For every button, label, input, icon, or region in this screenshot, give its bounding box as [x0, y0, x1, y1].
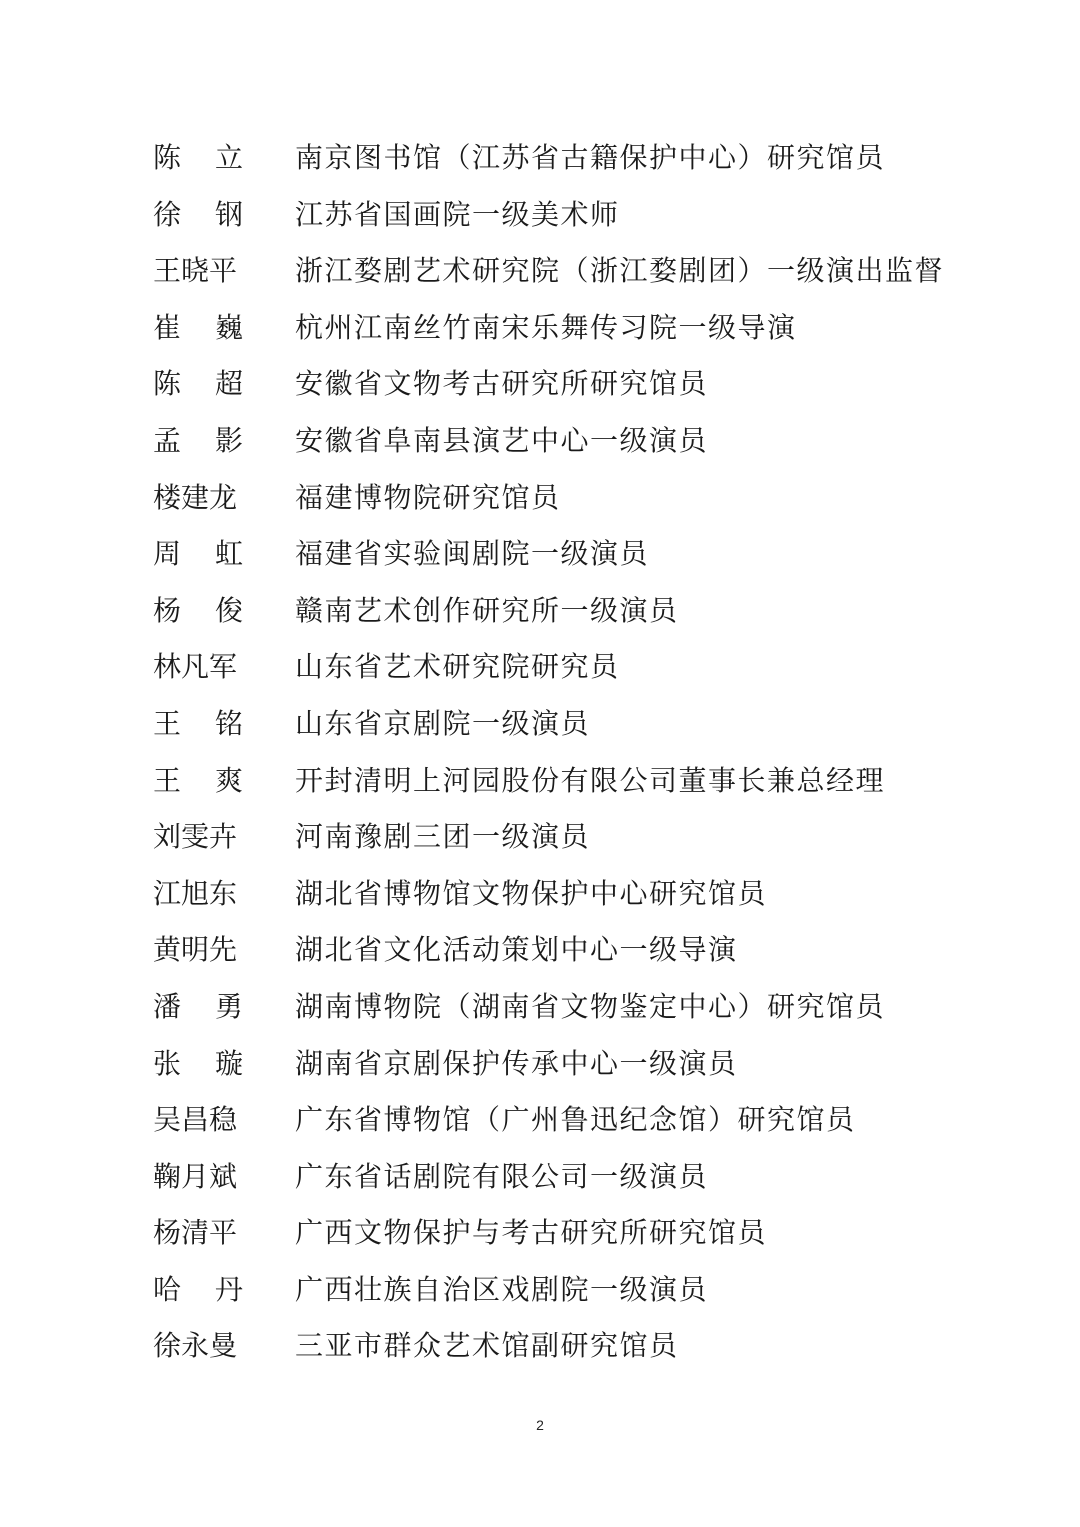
person-name: 王晓平 [153, 250, 243, 292]
list-item: 刘雯卉 河南豫剧三团一级演员 [153, 816, 1013, 873]
person-name: 徐永曼 [153, 1325, 243, 1367]
person-name: 杨俊 [153, 590, 243, 632]
name-char: 陈 [153, 363, 181, 405]
person-name: 王铭 [153, 703, 243, 745]
name-char: 杨 [153, 590, 181, 632]
name-char: 崔 [153, 307, 181, 349]
name-char: 王 [153, 703, 181, 745]
person-name: 周虹 [153, 533, 243, 575]
list-item: 江旭东 湖北省博物馆文物保护中心研究馆员 [153, 873, 1013, 930]
person-title: 开封清明上河园股份有限公司董事长兼总经理 [295, 760, 885, 802]
list-item: 潘勇 湖南博物院（湖南省文物鉴定中心）研究馆员 [153, 986, 1013, 1043]
list-item: 黄明先 湖北省文化活动策划中心一级导演 [153, 929, 1013, 986]
list-item: 王铭 山东省京剧院一级演员 [153, 703, 1013, 760]
name-char: 潘 [153, 986, 181, 1028]
list-item: 陈超 安徽省文物考古研究所研究馆员 [153, 363, 1013, 420]
person-title: 杭州江南丝竹南宋乐舞传习院一级导演 [295, 307, 797, 349]
name-char: 哈 [153, 1269, 181, 1311]
list-item: 杨俊 赣南艺术创作研究所一级演员 [153, 590, 1013, 647]
person-title: 赣南艺术创作研究所一级演员 [295, 590, 679, 632]
person-title: 河南豫剧三团一级演员 [295, 816, 590, 858]
person-name: 张璇 [153, 1043, 243, 1085]
person-title: 广东省博物馆（广州鲁迅纪念馆）研究馆员 [295, 1099, 856, 1141]
list-item: 林凡军 山东省艺术研究院研究员 [153, 646, 1013, 703]
person-name: 陈超 [153, 363, 243, 405]
document-page: 陈立 南京图书馆（江苏省古籍保护中心）研究馆员 徐钢 江苏省国画院一级美术师 王… [0, 0, 1080, 1527]
person-title: 安徽省阜南县演艺中心一级演员 [295, 420, 708, 462]
person-name: 黄明先 [153, 929, 243, 971]
person-title: 安徽省文物考古研究所研究馆员 [295, 363, 708, 405]
list-item: 哈丹 广西壮族自治区戏剧院一级演员 [153, 1269, 1013, 1326]
person-title: 江苏省国画院一级美术师 [295, 194, 620, 236]
person-title: 山东省京剧院一级演员 [295, 703, 590, 745]
person-name: 徐钢 [153, 194, 243, 236]
list-item: 王爽 开封清明上河园股份有限公司董事长兼总经理 [153, 760, 1013, 817]
person-name: 鞠月斌 [153, 1156, 243, 1198]
list-item: 王晓平 浙江婺剧艺术研究院（浙江婺剧团）一级演出监督 [153, 250, 1013, 307]
person-name: 刘雯卉 [153, 816, 243, 858]
person-title: 广西文物保护与考古研究所研究馆员 [295, 1212, 767, 1254]
name-char: 影 [215, 420, 243, 462]
list-item: 徐钢 江苏省国画院一级美术师 [153, 194, 1013, 251]
person-name: 哈丹 [153, 1269, 243, 1311]
list-item: 陈立 南京图书馆（江苏省古籍保护中心）研究馆员 [153, 137, 1013, 194]
name-char: 钢 [215, 194, 243, 236]
person-title: 山东省艺术研究院研究员 [295, 646, 620, 688]
person-title: 广东省话剧院有限公司一级演员 [295, 1156, 708, 1198]
name-char: 立 [215, 137, 243, 179]
name-char: 张 [153, 1043, 181, 1085]
name-char: 徐 [153, 194, 181, 236]
name-char: 勇 [215, 986, 243, 1028]
name-char: 爽 [215, 760, 243, 802]
name-char: 虹 [215, 533, 243, 575]
person-name: 孟影 [153, 420, 243, 462]
person-title: 南京图书馆（江苏省古籍保护中心）研究馆员 [295, 137, 885, 179]
person-title: 福建博物院研究馆员 [295, 477, 561, 519]
person-name: 王爽 [153, 760, 243, 802]
list-item: 鞠月斌 广东省话剧院有限公司一级演员 [153, 1156, 1013, 1213]
name-char: 王 [153, 760, 181, 802]
name-char: 孟 [153, 420, 181, 462]
person-name: 陈立 [153, 137, 243, 179]
person-name: 江旭东 [153, 873, 243, 915]
list-item: 楼建龙 福建博物院研究馆员 [153, 477, 1013, 534]
list-item: 孟影 安徽省阜南县演艺中心一级演员 [153, 420, 1013, 477]
name-char: 璇 [215, 1043, 243, 1085]
list-item: 周虹 福建省实验闽剧院一级演员 [153, 533, 1013, 590]
list-item: 吴昌稳 广东省博物馆（广州鲁迅纪念馆）研究馆员 [153, 1099, 1013, 1156]
person-name: 楼建龙 [153, 477, 243, 519]
person-name: 杨清平 [153, 1212, 243, 1254]
personnel-list: 陈立 南京图书馆（江苏省古籍保护中心）研究馆员 徐钢 江苏省国画院一级美术师 王… [153, 137, 1013, 1382]
list-item: 张璇 湖南省京剧保护传承中心一级演员 [153, 1043, 1013, 1100]
list-item: 杨清平 广西文物保护与考古研究所研究馆员 [153, 1212, 1013, 1269]
person-title: 湖北省文化活动策划中心一级导演 [295, 929, 738, 971]
person-name: 潘勇 [153, 986, 243, 1028]
person-name: 崔巍 [153, 307, 243, 349]
name-char: 巍 [215, 307, 243, 349]
name-char: 丹 [215, 1269, 243, 1311]
name-char: 铭 [215, 703, 243, 745]
name-char: 周 [153, 533, 181, 575]
person-title: 广西壮族自治区戏剧院一级演员 [295, 1269, 708, 1311]
person-title: 三亚市群众艺术馆副研究馆员 [295, 1325, 679, 1367]
person-name: 吴昌稳 [153, 1099, 243, 1141]
person-title: 湖南博物院（湖南省文物鉴定中心）研究馆员 [295, 986, 885, 1028]
name-char: 陈 [153, 137, 181, 179]
list-item: 徐永曼 三亚市群众艺术馆副研究馆员 [153, 1325, 1013, 1382]
person-title: 福建省实验闽剧院一级演员 [295, 533, 649, 575]
list-item: 崔巍 杭州江南丝竹南宋乐舞传习院一级导演 [153, 307, 1013, 364]
person-title: 湖北省博物馆文物保护中心研究馆员 [295, 873, 767, 915]
page-number: 2 [0, 1417, 1080, 1433]
person-title: 湖南省京剧保护传承中心一级演员 [295, 1043, 738, 1085]
name-char: 俊 [215, 590, 243, 632]
person-title: 浙江婺剧艺术研究院（浙江婺剧团）一级演出监督 [295, 250, 944, 292]
person-name: 林凡军 [153, 646, 243, 688]
name-char: 超 [215, 363, 243, 405]
